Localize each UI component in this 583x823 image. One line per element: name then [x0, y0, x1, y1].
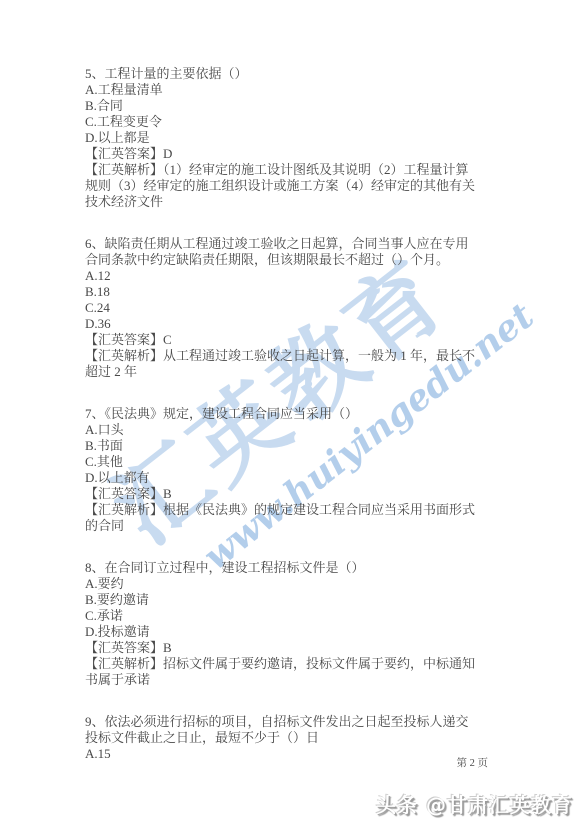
questions-area: 5、工程计量的主要依据（）A.工程量清单B.合同C.工程变更令D.以上都是【汇英… — [85, 66, 499, 762]
option-line: C.承诺 — [85, 608, 499, 624]
document-page: 汇英教育 www.huiyingedu.net 5、工程计量的主要依据（）A.工… — [0, 0, 583, 823]
question-title-line: 6、缺陷责任期从工程通过竣工验收之日起算，合同当事人应在专用 — [85, 236, 499, 252]
question-title-line: 投标文件截止之日止，最短不少于（）日 — [85, 730, 499, 746]
option-line: B.18 — [85, 284, 499, 300]
option-line: B.要约邀请 — [85, 592, 499, 608]
option-line: A.工程量清单 — [85, 82, 499, 98]
analysis-line: 技术经济文件 — [85, 194, 499, 210]
question-block: 5、工程计量的主要依据（）A.工程量清单B.合同C.工程变更令D.以上都是【汇英… — [85, 66, 499, 210]
option-line: A.12 — [85, 268, 499, 284]
answer-line: 【汇英答案】D — [85, 146, 499, 162]
question-block: 9、依法必须进行招标的项目，自招标文件发出之日起至投标人递交投标文件截止之日止，… — [85, 714, 499, 762]
option-line: D.以上都是 — [85, 130, 499, 146]
analysis-line: 超过 2 年 — [85, 364, 499, 380]
analysis-line: 【汇英解析】从工程通过竣工验收之日起计算，一般为 1 年，最长不 — [85, 348, 499, 364]
analysis-line: 书属于承诺 — [85, 672, 499, 688]
question-block: 7、《民法典》规定，建设工程合同应当采用（）A.口头B.书面C.其他D.以上都有… — [85, 406, 499, 534]
question-block: 8、在合同订立过程中，建设工程招标文件是（）A.要约B.要约邀请C.承诺D.投标… — [85, 560, 499, 688]
option-line: D.以上都有 — [85, 470, 499, 486]
option-line: A.口头 — [85, 422, 499, 438]
answer-line: 【汇英答案】B — [85, 486, 499, 502]
option-line: A.15 — [85, 746, 499, 762]
analysis-line: 的合同 — [85, 518, 499, 534]
analysis-line: 【汇英解析】根据《民法典》的规定建设工程合同应当采用书面形式 — [85, 502, 499, 518]
question-title-line: 合同条款中约定缺陷责任期限，但该期限最长不超过（）个月。 — [85, 252, 499, 268]
option-line: D.36 — [85, 316, 499, 332]
option-line: A.要约 — [85, 576, 499, 592]
question-title-line: 7、《民法典》规定，建设工程合同应当采用（） — [85, 406, 499, 422]
option-line: C.其他 — [85, 454, 499, 470]
option-line: D.投标邀请 — [85, 624, 499, 640]
question-title-line: 8、在合同订立过程中，建设工程招标文件是（） — [85, 560, 499, 576]
question-title-line: 9、依法必须进行招标的项目，自招标文件发出之日起至投标人递交 — [85, 714, 499, 730]
analysis-line: 【汇英解析】招标文件属于要约邀请，投标文件属于要约，中标通知 — [85, 656, 499, 672]
analysis-line: 【汇英解析】（1）经审定的施工设计图纸及其说明（2）工程量计算 — [85, 162, 499, 178]
question-block: 6、缺陷责任期从工程通过竣工验收之日起算，合同当事人应在专用合同条款中约定缺陷责… — [85, 236, 499, 380]
option-line: C.工程变更令 — [85, 114, 499, 130]
option-line: B.书面 — [85, 438, 499, 454]
option-line: C.24 — [85, 300, 499, 316]
option-line: B.合同 — [85, 98, 499, 114]
answer-line: 【汇英答案】B — [85, 640, 499, 656]
analysis-line: 规则（3）经审定的施工组织设计或施工方案（4）经审定的其他有关 — [85, 178, 499, 194]
toutiao-watermark: 头条 @甘肃汇英教育 — [376, 789, 573, 818]
answer-line: 【汇英答案】C — [85, 332, 499, 348]
page-number: 第 2 页 — [457, 755, 489, 770]
question-title-line: 5、工程计量的主要依据（） — [85, 66, 499, 82]
